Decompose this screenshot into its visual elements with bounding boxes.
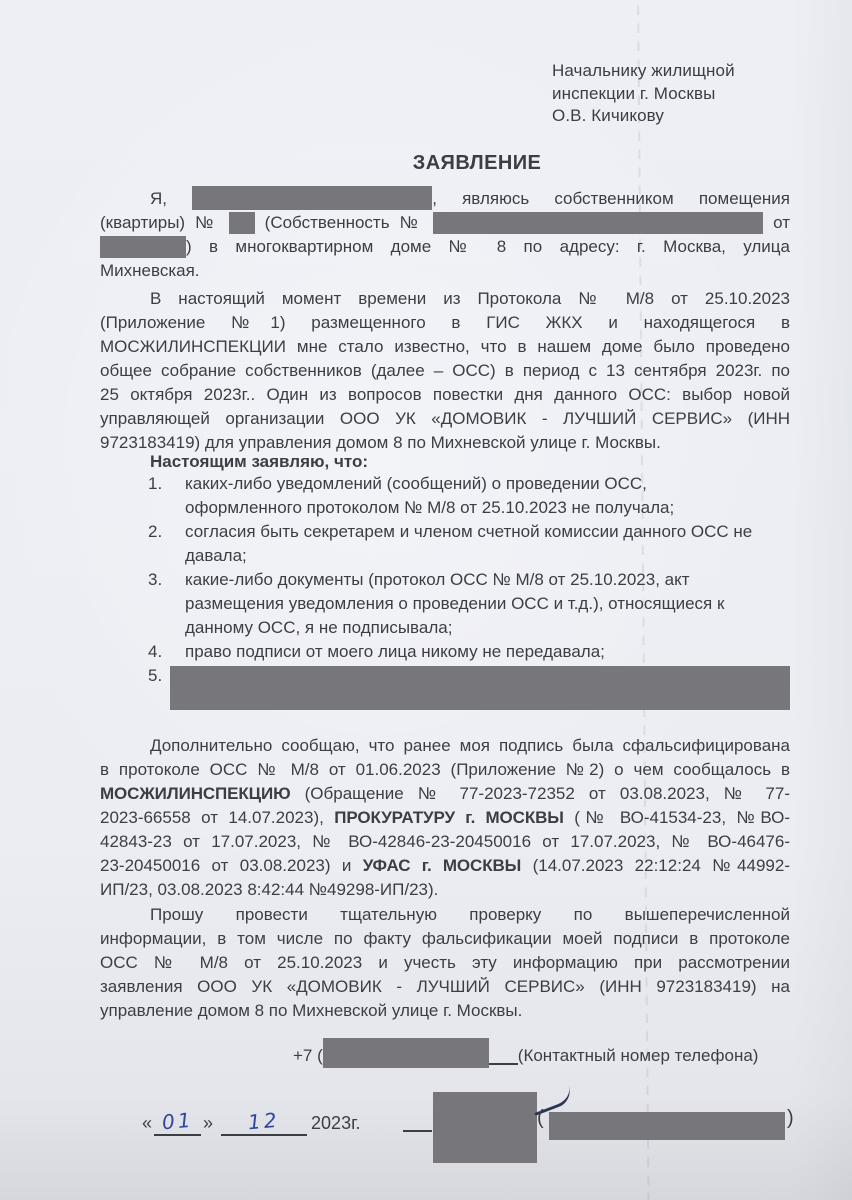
list-item: 1.каких-либо уведомлений (сообщений) о п… — [100, 472, 790, 520]
text-line: размещения уведомления о проведении ОСС … — [185, 592, 790, 616]
redacted-list-item-block — [170, 666, 790, 710]
date-row: « 01 » 12 2023г. — [140, 1108, 360, 1136]
signature-underscore — [403, 1130, 432, 1132]
date-day-slot: 01 — [154, 1108, 201, 1136]
text-line: МОСЖИЛИНСПЕКЦИЮ (Обращение № 77-2023-723… — [100, 782, 790, 806]
text-line: ) в многоквартирном доме № 8 по адресу: … — [100, 235, 790, 259]
text-line: согласия быть секретарем и членом счетно… — [185, 520, 790, 544]
list-item: 4.право подписи от моего лица никому не … — [100, 640, 790, 664]
list-item-text: какие-либо документы (протокол ОСС № М/8… — [185, 568, 790, 640]
text-line: заявления ООО УК «ДОМОВИК - ЛУЧШИЙ СЕРВИ… — [100, 975, 790, 999]
text-line: каких-либо уведомлений (сообщений) о про… — [185, 472, 790, 496]
list-item-number: 4. — [148, 640, 185, 664]
addressee-block: Начальнику жилищной инспекции г. Москвы … — [552, 60, 735, 128]
text-line: Я, , являюсь собственником помещения — [100, 186, 790, 211]
list-item-number: 1. — [148, 472, 185, 520]
list-item-text — [170, 664, 790, 708]
redaction-bar — [229, 212, 255, 234]
text-line: информации, в том числе по факту фальсиф… — [100, 927, 790, 951]
declaration-heading: Настоящим заявляю, что: — [150, 452, 368, 472]
list-item: 2.согласия быть секретарем и членом счет… — [100, 520, 790, 568]
text-line: Михневская. — [100, 259, 790, 283]
phone-row: +7 ( (Контактный номер телефона) — [293, 1038, 758, 1068]
list-item-number: 5. — [148, 664, 170, 708]
phone-underline — [489, 1058, 518, 1065]
text-line: ИП/23, 03.08.2023 8:42:44 №49298-ИП/23). — [100, 878, 790, 902]
list-item: 3.какие-либо документы (протокол ОСС № М… — [100, 568, 790, 640]
text-line: ОСС № М/8 от 25.10.2023 и учесть эту инф… — [100, 951, 790, 975]
redaction-bar — [433, 212, 763, 234]
scanned-document-page: Начальнику жилищной инспекции г. Москвы … — [0, 0, 852, 1200]
text-line: (Приложение №1) размещенного в ГИС ЖКХ и… — [100, 311, 790, 335]
addressee-line: Начальнику жилищной — [552, 60, 735, 83]
handwritten-day: 01 — [161, 1107, 195, 1136]
text-line: В настоящий момент времени из Протокола … — [100, 287, 790, 311]
text-line: 2023-66558 от 14.07.2023), ПРОКУРАТУРУ г… — [100, 806, 790, 830]
phone-label: (Контактный номер телефона) — [518, 1044, 759, 1068]
redaction-bar — [100, 236, 186, 258]
signature-paren-close: ) — [787, 1107, 794, 1130]
paragraph-request: Прошу провести тщательную проверку по вы… — [100, 903, 790, 1023]
date-open-quote: « — [142, 1110, 152, 1136]
text-line: оформленного протоколом № М/8 от 25.10.2… — [185, 496, 790, 520]
text-line: давала; — [185, 544, 790, 568]
list-item-text: каких-либо уведомлений (сообщений) о про… — [185, 472, 790, 520]
list-item-number: 2. — [148, 520, 185, 568]
date-month-slot: 12 — [221, 1108, 307, 1136]
paragraph-additional-info: Дополнительно сообщаю, что ранее моя под… — [100, 734, 790, 902]
bold-text: МОСЖИЛИНСПЕКЦИЮ — [100, 784, 291, 803]
signature-redaction-block — [433, 1092, 537, 1163]
bold-text: УФАС г. МОСКВЫ — [363, 856, 522, 875]
text-line: общее собрание собственников (далее – ОС… — [100, 359, 790, 383]
text-line: данному ОСС, я не подписывала; — [185, 616, 790, 640]
signature-row: ( ) — [403, 1090, 803, 1170]
text-line: Дополнительно сообщаю, что ранее моя под… — [100, 734, 790, 758]
bold-text: ПРОКУРАТУРУ г. МОСКВЫ — [334, 808, 564, 827]
date-close-quote: » — [203, 1110, 213, 1136]
handwritten-month: 12 — [247, 1107, 281, 1136]
document-title: ЗАЯВЛЕНИЕ — [0, 152, 852, 175]
phone-redaction-bar — [323, 1038, 489, 1068]
list-item: 5. — [100, 664, 790, 708]
text-line: управление домом 8 по Михневской улице г… — [100, 999, 790, 1023]
list-item-text: согласия быть секретарем и членом счетно… — [185, 520, 790, 568]
list-item-text: право подписи от моего лица никому не пе… — [185, 640, 790, 664]
text-line: управляющей организации ООО УК «ДОМОВИК … — [100, 407, 790, 431]
addressee-line: инспекции г. Москвы — [552, 83, 735, 106]
redaction-bar — [192, 186, 432, 210]
paragraph-protocol-info: В настоящий момент времени из Протокола … — [100, 287, 790, 455]
phone-prefix: +7 ( — [293, 1044, 323, 1068]
text-line: 42843-23 от 17.07.2023, № ВО-42846-23-20… — [100, 830, 790, 854]
text-line: (квартиры) № (Собственность № от — [100, 211, 790, 235]
text-line: какие-либо документы (протокол ОСС № М/8… — [185, 568, 790, 592]
signature-name-redaction-bar — [549, 1112, 785, 1140]
date-year: 2023г. — [311, 1110, 360, 1136]
addressee-line: О.В. Кичикову — [552, 105, 735, 128]
text-line: Прошу провести тщательную проверку по вы… — [100, 903, 790, 927]
text-line: МОСЖИЛИНСПЕКЦИИ мне стало известно, что … — [100, 335, 790, 359]
paragraph-ownership: Я, , являюсь собственником помещения(ква… — [100, 186, 790, 283]
signature-paren-open: ( — [537, 1107, 544, 1130]
text-line: в протоколе ОСС № М/8 от 01.06.2023 (При… — [100, 758, 790, 782]
text-line: 23-20450016 от 03.08.2023) и УФАС г. МОС… — [100, 854, 790, 878]
text-line: 25 октября 2023г.. Один из вопросов пове… — [100, 383, 790, 407]
list-item-number: 3. — [148, 568, 185, 640]
text-line: право подписи от моего лица никому не пе… — [185, 640, 790, 664]
claims-list: 1.каких-либо уведомлений (сообщений) о п… — [100, 472, 790, 708]
